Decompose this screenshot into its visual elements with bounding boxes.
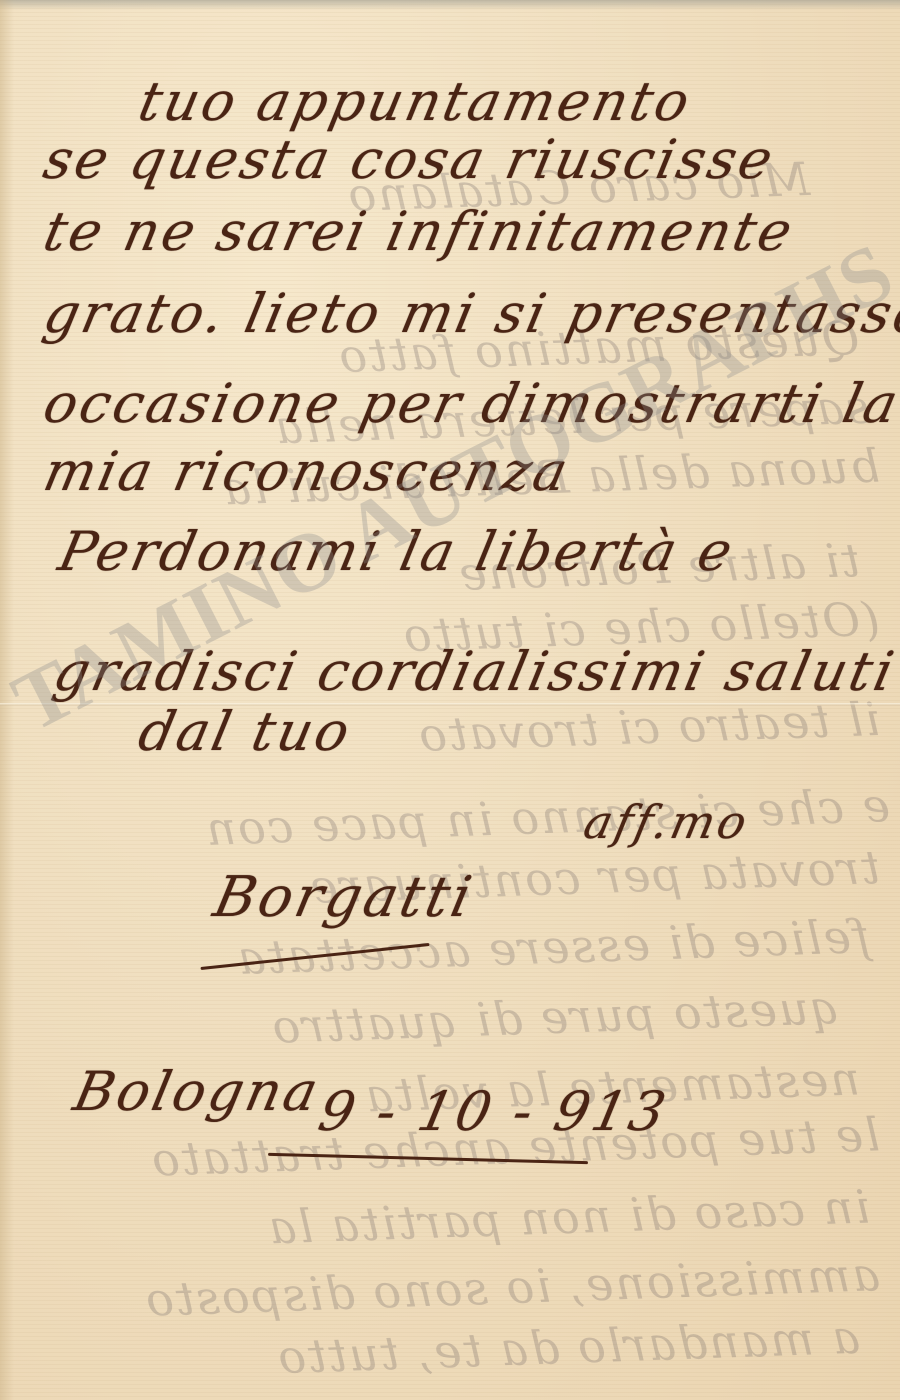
letter-line-2: se questa cosa riuscisse: [38, 128, 781, 191]
signature: Borgatti: [208, 865, 480, 930]
letter-line-3: te ne sarei infinitamente: [38, 200, 800, 263]
bleed-line: a mandarlo da te, tutto: [275, 1310, 860, 1384]
letter-line-9: dal tuo: [133, 700, 358, 763]
letter-page: Mio caro Catalano Questo mattino fatto s…: [0, 0, 900, 1400]
bleed-line: in caso di non partita la: [266, 1179, 871, 1254]
letter-closing: aff.mo: [579, 795, 754, 849]
letter-line-1: tuo appuntamento: [133, 70, 697, 133]
bleed-line: questo pure di quattro: [270, 980, 841, 1054]
letter-date: 9 - 10 - 913: [313, 1080, 674, 1143]
place-name: Bologna: [68, 1060, 326, 1123]
